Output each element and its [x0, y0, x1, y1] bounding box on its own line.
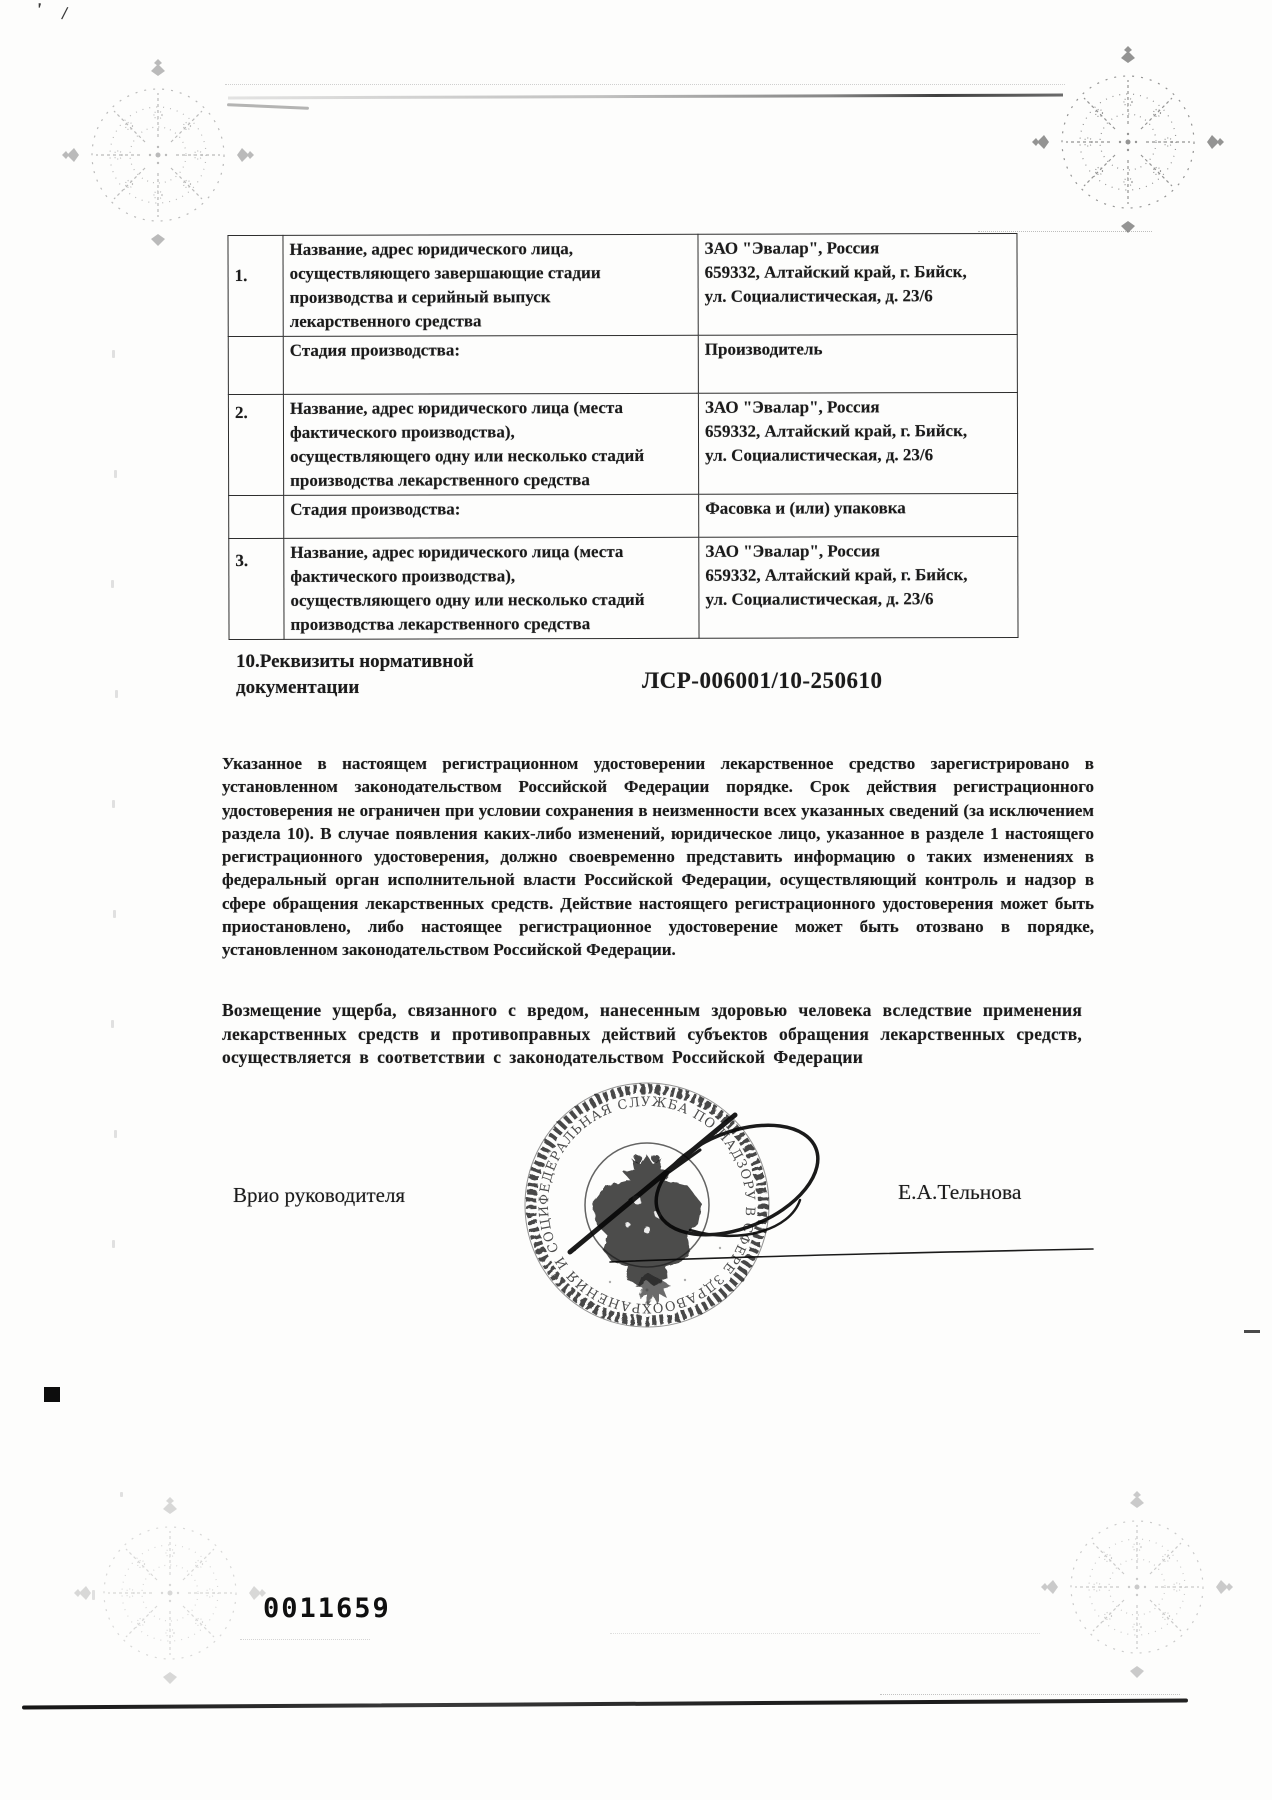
scan-artifact-dotted-line: [880, 1694, 1180, 1695]
row-label: Название, адрес юридического лица, осуще…: [283, 234, 698, 336]
manufacturer-table: 1. Название, адрес юридического лица, ос…: [227, 233, 1018, 640]
official-seal: ФЕДЕРАЛЬНАЯ СЛУЖБА ПО НАДЗОРУ В СФЕРЕ ЗД…: [500, 1060, 1110, 1350]
scan-speck: [111, 1020, 114, 1028]
guilloche-rosette-bottom-left-icon: [70, 1493, 270, 1693]
scan-speck: [115, 690, 118, 698]
table-row: 3. Название, адрес юридического лица (ме…: [229, 536, 1018, 639]
section10-registration-number: ЛСР-006001/10-250610: [642, 668, 883, 694]
row-value: Производитель: [698, 334, 1017, 393]
scan-artifact-table-border-echo: [978, 231, 1152, 232]
scan-artifact-smudge-line: [228, 94, 1063, 100]
row-label: Стадия производства:: [284, 494, 699, 538]
row-value: ЗАО "Эвалар", Россия 659332, Алтайский к…: [698, 233, 1017, 335]
guilloche-rosette-bottom-right-icon: [1037, 1487, 1237, 1687]
table-row: Стадия производства: Фасовка и (или) упа…: [229, 493, 1018, 538]
registration-black-square-mark: [44, 1387, 60, 1402]
row-number: 3.: [229, 538, 284, 639]
table-row: 1. Название, адрес юридического лица, ос…: [228, 233, 1017, 336]
guilloche-rosette-top-left-icon: [58, 55, 258, 255]
seal-eagle-icon: [592, 1155, 702, 1306]
scan-speck: [112, 350, 115, 358]
page-bottom-scan-edge: [22, 1698, 1188, 1709]
scan-speck: [113, 910, 116, 918]
row-number: 2.: [228, 394, 283, 495]
margin-pen-marks: ' /: [35, 0, 77, 27]
row-value: ЗАО "Эвалар", Россия 659332, Алтайский к…: [698, 392, 1017, 494]
scan-speck: [92, 1590, 95, 1600]
row-value: Фасовка и (или) упаковка: [699, 493, 1018, 537]
row-label: Название, адрес юридического лица (места…: [284, 537, 699, 639]
row-number: 1.: [228, 235, 283, 336]
scan-artifact-dotted-line: [225, 84, 1065, 85]
signatory-role: Врио руководителя: [233, 1183, 405, 1208]
row-number: [229, 495, 284, 538]
row-value: ЗАО "Эвалар", Россия 659332, Алтайский к…: [699, 536, 1018, 638]
margin-dash-mark: [1244, 1330, 1260, 1333]
row-number: [228, 336, 283, 394]
form-serial-number: 0011659: [263, 1593, 391, 1624]
guilloche-rosette-top-right-icon: [1028, 42, 1228, 242]
scanned-registration-certificate-page: ' / 1. Название, адрес юридического лица…: [0, 0, 1272, 1800]
scan-speck: [112, 1240, 115, 1248]
row-label: Название, адрес юридического лица (места…: [283, 393, 698, 495]
manufacturer-table-body: 1. Название, адрес юридического лица, ос…: [228, 233, 1018, 639]
section10-heading: 10.Реквизиты нормативной документации: [236, 649, 566, 701]
table-row: 2. Название, адрес юридического лица (ме…: [228, 392, 1017, 495]
scan-artifact-dotted-line: [240, 1639, 370, 1640]
row-label: Стадия производства:: [283, 335, 698, 394]
legal-paragraph-validity: Указанное в настоящем регистрационном уд…: [222, 752, 1094, 962]
scan-speck: [114, 470, 117, 478]
scan-speck: [120, 1492, 123, 1497]
legal-paragraph-liability: Возмещение ущерба, связанного с вредом, …: [222, 999, 1082, 1070]
scan-speck: [112, 800, 115, 808]
table-row: Стадия производства: Производитель: [228, 334, 1017, 394]
scan-artifact-dotted-line: [610, 1633, 1040, 1634]
scan-speck: [114, 1130, 117, 1138]
scan-speck: [111, 580, 114, 588]
